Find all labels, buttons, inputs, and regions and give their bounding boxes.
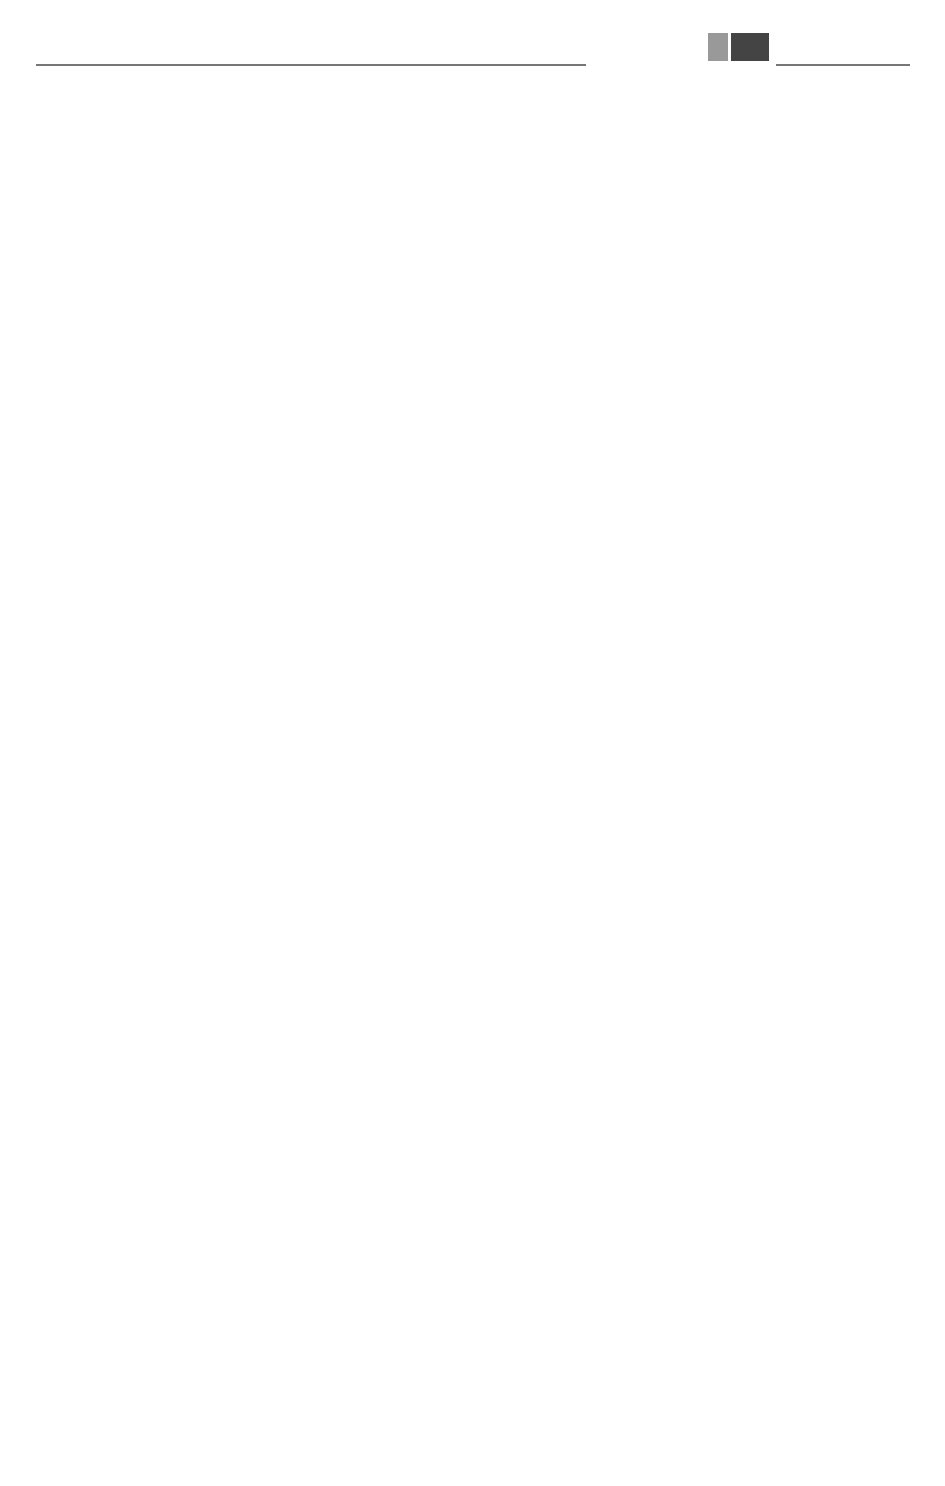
header-rule-left [36,64,586,66]
header-rule-right [776,64,910,66]
masthead [0,0,945,62]
page-label [708,33,728,61]
page-number [731,33,769,61]
